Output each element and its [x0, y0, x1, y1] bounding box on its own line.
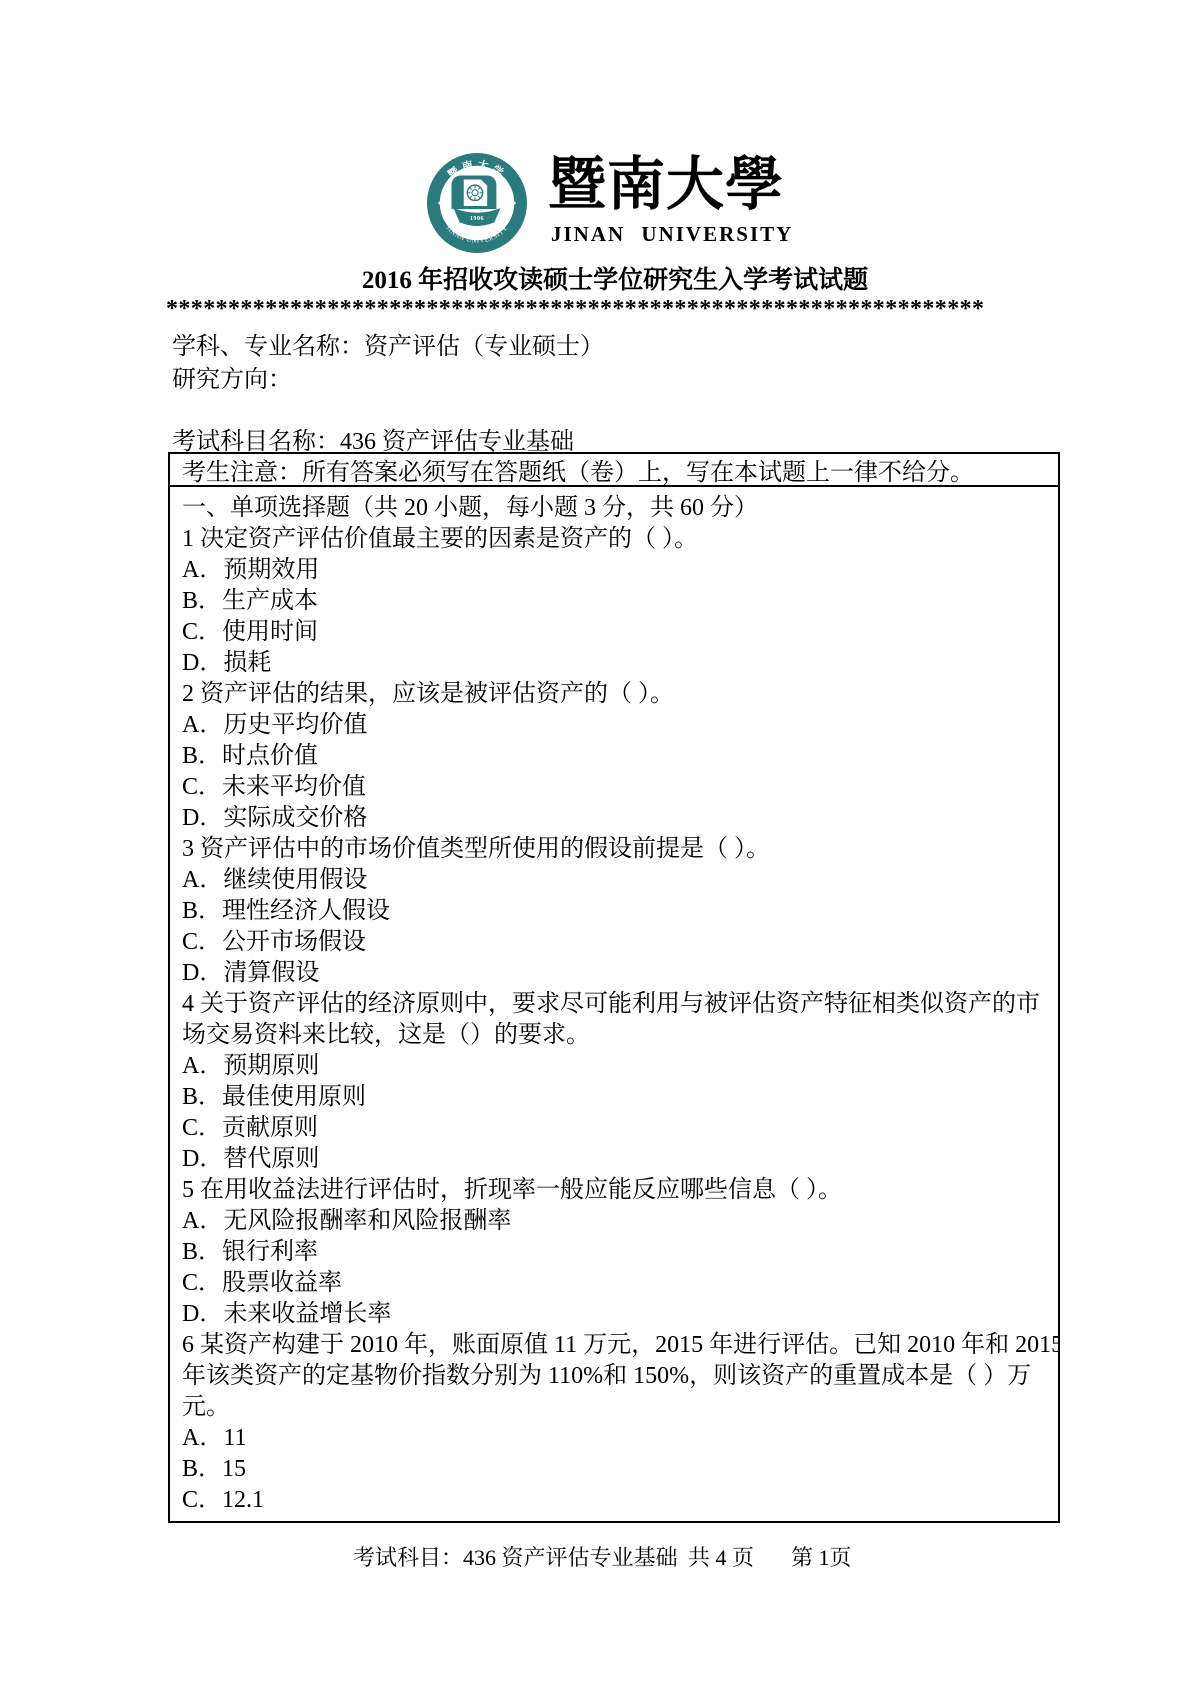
exam-text-line: B．理性经济人假设	[182, 896, 1046, 927]
footer-page-number: 第 1页	[791, 1541, 852, 1572]
exam-text-line: A．预期原则	[182, 1051, 1046, 1082]
exam-text-line: B．时点价值	[182, 741, 1046, 772]
seal-left-dot	[438, 201, 441, 204]
exam-text-line: C．未来平均价值	[182, 772, 1046, 803]
exam-text-line: 6 某资产构建于 2010 年，账面原值 11 万元，2015 年进行评估。已知…	[182, 1330, 1046, 1361]
exam-text-line: D．实际成交价格	[182, 803, 1046, 834]
exam-text-line: B．最佳使用原则	[182, 1082, 1046, 1113]
exam-lines: 一、单项选择题（共 20 小题，每小题 3 分，共 60 分）1 决定资产评估价…	[182, 493, 1046, 1516]
exam-text-line: A．11	[182, 1423, 1046, 1454]
exam-text-line: C．股票收益率	[182, 1268, 1046, 1299]
exam-paper-page: 暨南大学 JINAN UNIVERSITY 1906 暨南大學 JINAN UN…	[0, 0, 1190, 1683]
page-title: 2016 年招收攻读硕士学位研究生入学考试试题	[170, 260, 1060, 296]
footer-total-pages: 共 4 页	[688, 1541, 754, 1572]
major-name-line: 学科、专业名称：资产评估（专业硕士）	[172, 326, 604, 361]
exam-text-line: D．损耗	[182, 648, 1046, 679]
footer-subject: 考试科目：436 资产评估专业基础	[353, 1541, 678, 1572]
exam-text-line: C．公开市场假设	[182, 927, 1046, 958]
exam-text-line: 5 在用收益法进行评估时，折现率一般应能反应哪些信息（ ）。	[182, 1175, 1046, 1206]
exam-text-line: 3 资产评估中的市场价值类型所使用的假设前提是（ ）。	[182, 834, 1046, 865]
exam-text-line: 2 资产评估的结果，应该是被评估资产的（ ）。	[182, 679, 1046, 710]
exam-text-line: C．使用时间	[182, 617, 1046, 648]
seal-right-dot	[513, 201, 516, 204]
notice-box: 考生注意：所有答案必须写在答题纸（卷）上，写在本试题上一律不给分。	[168, 452, 1060, 487]
seal-year-text: 1906	[470, 216, 484, 222]
exam-subject-line: 考试科目名称：436 资产评估专业基础	[172, 421, 574, 456]
exam-text-line: B．生产成本	[182, 586, 1046, 617]
exam-text-line: 1 决定资产评估价值最主要的因素是资产的（ ）。	[182, 524, 1046, 555]
exam-text-line: A．预期效用	[182, 555, 1046, 586]
exam-text-line: C．贡献原则	[182, 1113, 1046, 1144]
exam-text-line: B．银行利率	[182, 1237, 1046, 1268]
exam-text-line: C．12.1	[182, 1485, 1046, 1516]
research-direction-line: 研究方向：	[172, 359, 292, 394]
exam-text-line: 4 关于资产评估的经济原则中，要求尽可能利用与被评估资产特征相类似资产的市	[182, 989, 1046, 1020]
exam-text-line: 年该类资产的定基物价指数分别为 110%和 150%，则该资产的重置成本是（ ）…	[182, 1361, 1046, 1392]
exam-text-line: D．未来收益增长率	[182, 1299, 1046, 1330]
exam-text-line: D．替代原则	[182, 1144, 1046, 1175]
university-seal: 暨南大学 JINAN UNIVERSITY 1906	[426, 152, 528, 254]
exam-text-line: D．清算假设	[182, 958, 1046, 989]
seal-ship-emblem: 1906	[452, 175, 501, 225]
university-wordmark-cn: 暨南大學	[548, 152, 848, 219]
exam-question-box: 一、单项选择题（共 20 小题，每小题 3 分，共 60 分）1 决定资产评估价…	[168, 485, 1060, 1523]
exam-text-line: A．无风险报酬率和风险报酬率	[182, 1206, 1046, 1237]
exam-text-line: B．15	[182, 1454, 1046, 1485]
notice-text: 考生注意：所有答案必须写在答题纸（卷）上，写在本试题上一律不给分。	[182, 452, 974, 487]
exam-text-line: 场交易资料来比较，这是（）的要求。	[182, 1020, 1046, 1051]
exam-text-line: A．历史平均价值	[182, 710, 1046, 741]
university-seal-graphic: 暨南大学 JINAN UNIVERSITY 1906	[426, 152, 528, 254]
university-wordmark-en: JINAN UNIVERSITY	[551, 222, 851, 247]
asterisk-separator: ****************************************…	[166, 296, 1062, 326]
exam-text-line: 元。	[182, 1392, 1046, 1423]
exam-text-line: A．继续使用假设	[182, 865, 1046, 896]
exam-text-line: 一、单项选择题（共 20 小题，每小题 3 分，共 60 分）	[182, 493, 1046, 524]
